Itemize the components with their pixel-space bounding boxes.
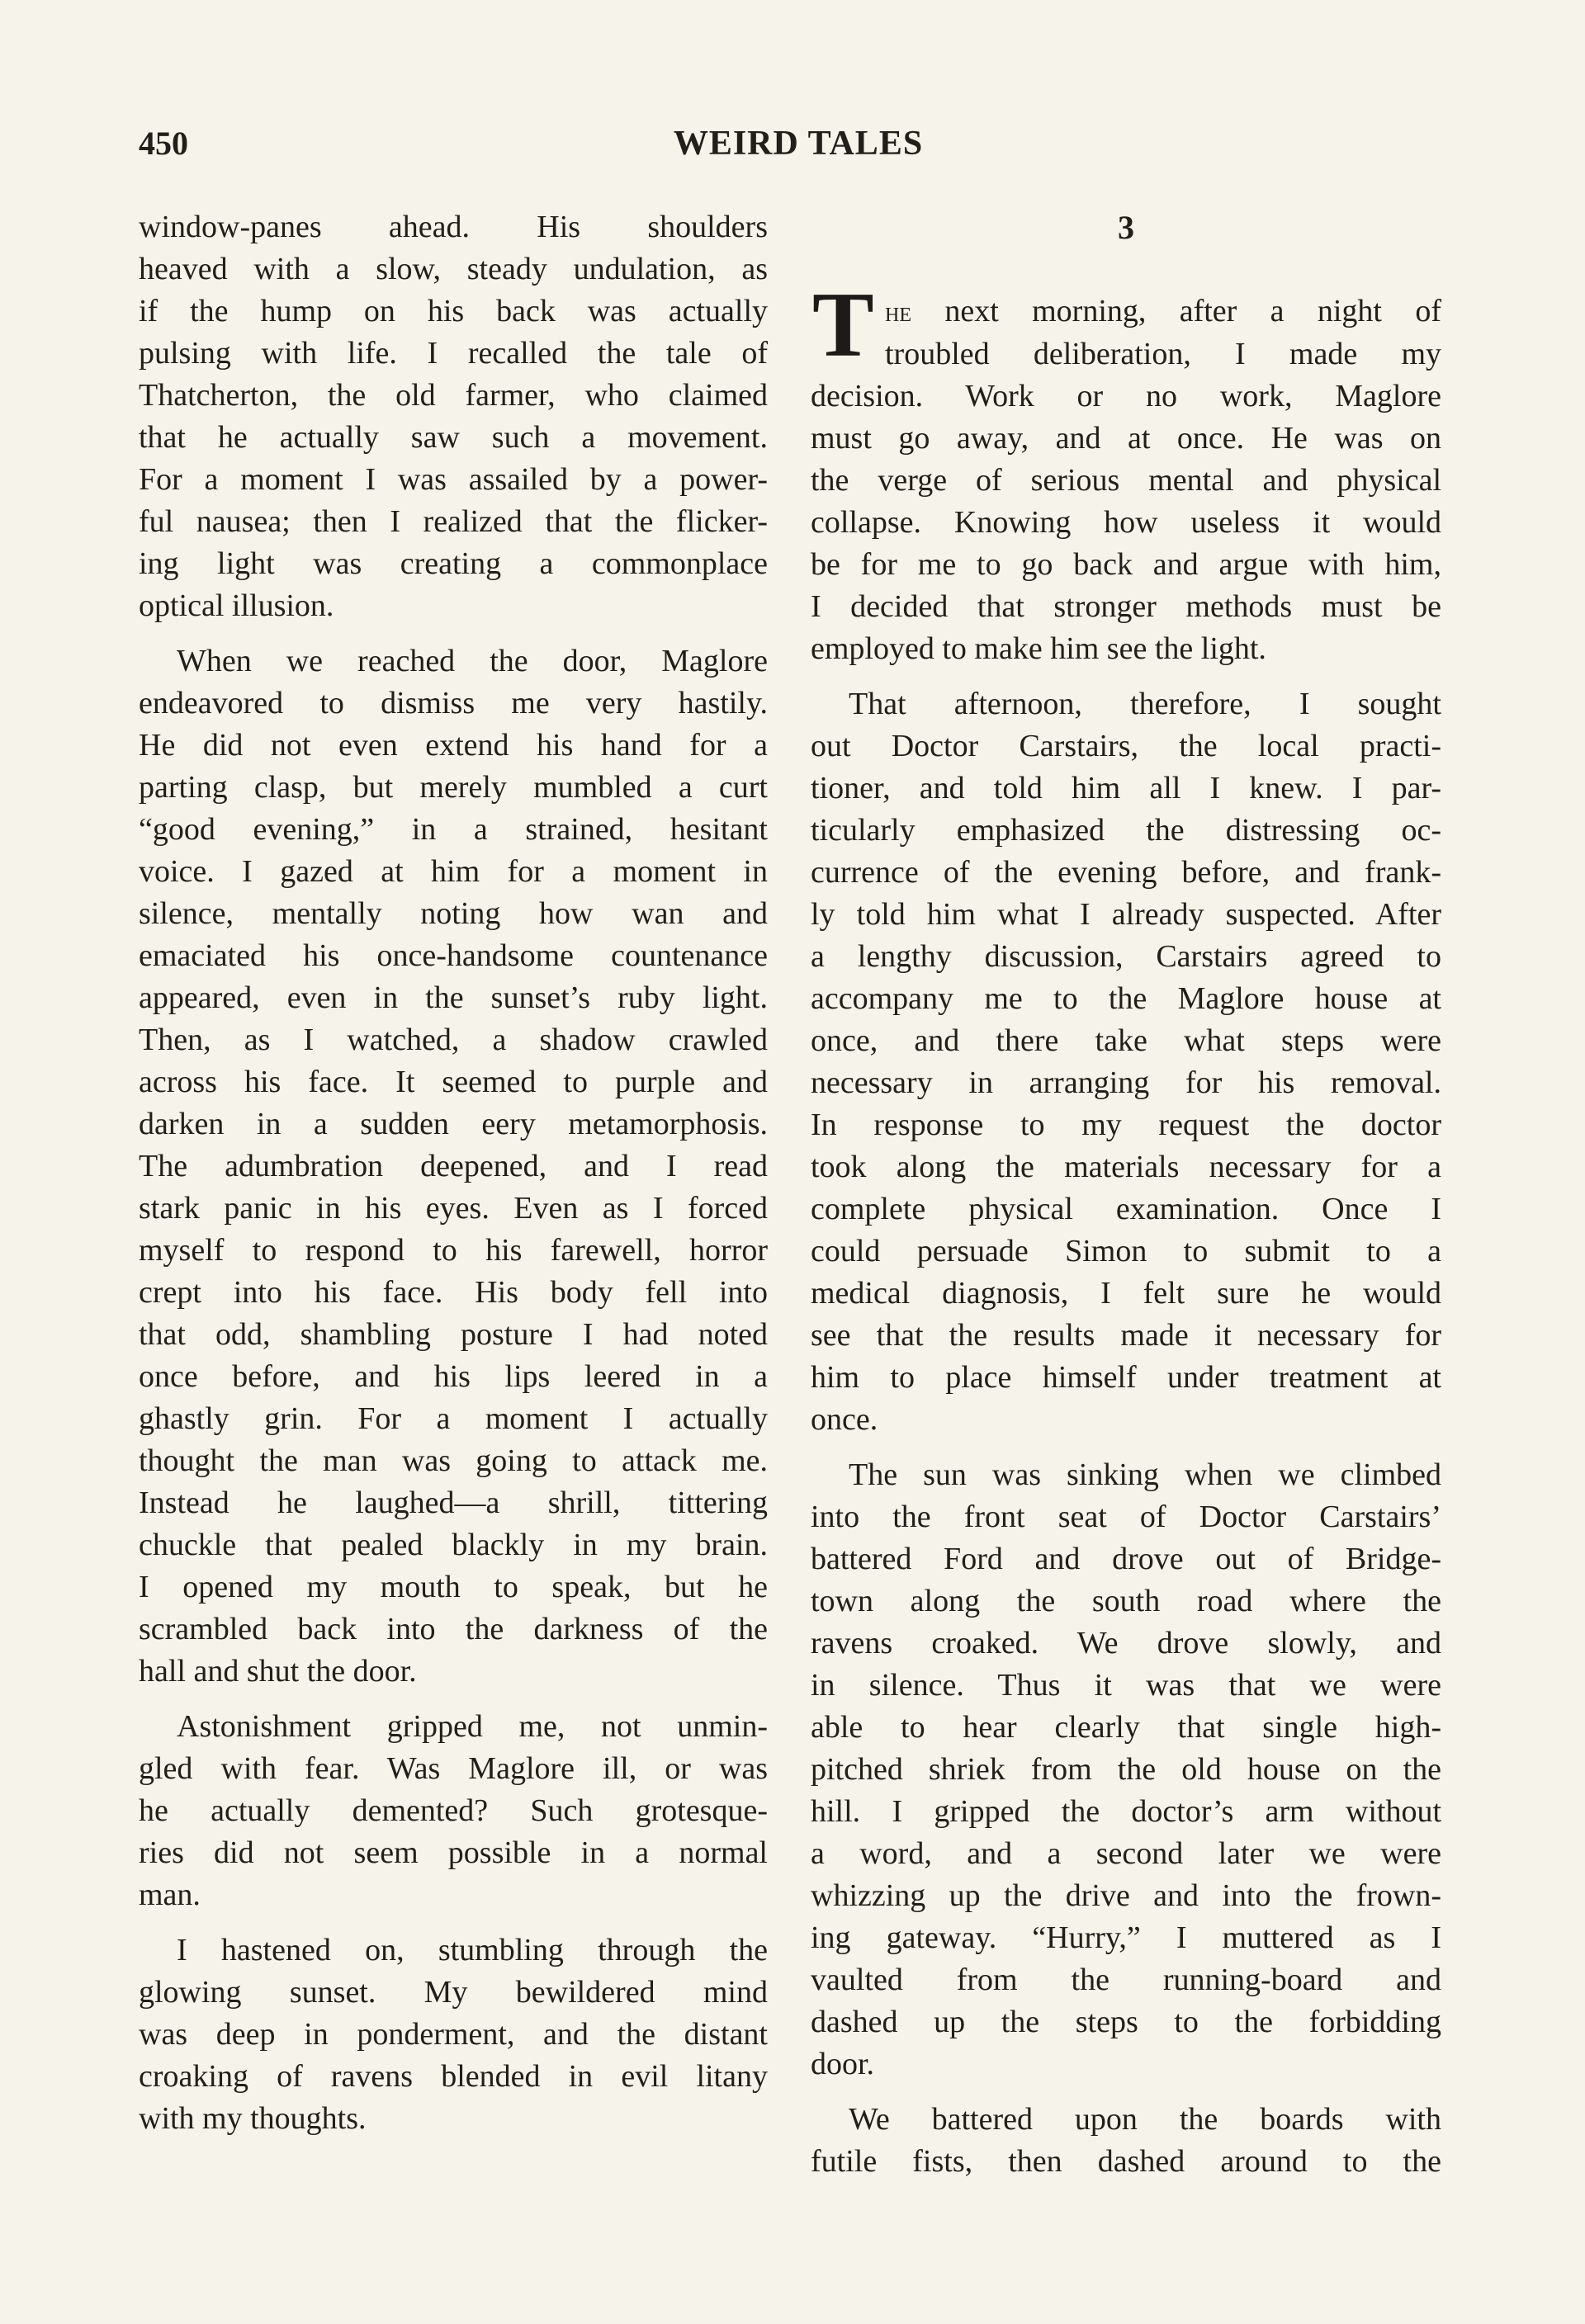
small-caps-lead: he [885, 297, 911, 328]
text-line: pitched shriek from the old house on the [811, 1749, 1441, 1791]
text-line: voice. I gazed at him for a moment in [139, 851, 768, 893]
text-line-rest: next morning, after a night of [911, 294, 1441, 328]
text-line: heaved with a slow, steady undulation, a… [139, 248, 768, 290]
page-header: 450 WEIRD TALES [139, 124, 1441, 165]
text-line: medical diagnosis, I felt sure he would [811, 1273, 1441, 1315]
text-line: man. [139, 1874, 768, 1916]
text-line: optical illusion. [139, 585, 768, 627]
text-line: thought the man was going to attack me. [139, 1440, 768, 1482]
text-line: complete physical examination. Once I [811, 1188, 1441, 1230]
left-column: window-panes ahead. His shouldersheaved … [139, 206, 768, 2153]
text-line: That afternoon, therefore, I sought [811, 683, 1441, 725]
right-column: 3 The next morning, after a night oftrou… [811, 206, 1441, 2196]
text-line: that odd, shambling posture I had noted [139, 1314, 768, 1356]
text-line: vaulted from the running-board and [811, 1959, 1441, 2001]
text-line: he next morning, after a night of [811, 290, 1441, 333]
text-line: futile fists, then dashed around to the [811, 2141, 1441, 2183]
paragraph: The sun was sinking when we climbedinto … [811, 1454, 1441, 2085]
text-line: could persuade Simon to submit to a [811, 1230, 1441, 1273]
text-line: crept into his face. His body fell into [139, 1272, 768, 1314]
text-line: parting clasp, but merely mumbled a curt [139, 767, 768, 809]
text-line: currence of the evening before, and fran… [811, 852, 1441, 894]
text-line: accompany me to the Maglore house at [811, 978, 1441, 1020]
text-line: darken in a sudden eery metamorphosis. [139, 1103, 768, 1145]
paragraph: I hastened on, stumbling through theglow… [139, 1930, 768, 2140]
text-line: hill. I gripped the doctor’s arm without [811, 1791, 1441, 1833]
text-line: door. [811, 2043, 1441, 2085]
text-line: tioner, and told him all I knew. I par- [811, 768, 1441, 810]
text-line: silence, mentally noting how wan and [139, 893, 768, 935]
text-line: out Doctor Carstairs, the local practi- [811, 725, 1441, 768]
text-line: ly told him what I already suspected. Af… [811, 894, 1441, 936]
paragraph: window-panes ahead. His shouldersheaved … [139, 206, 768, 627]
text-line: whizzing up the drive and into the frown… [811, 1875, 1441, 1917]
text-line: ticularly emphasized the distressing oc- [811, 810, 1441, 852]
text-line: We battered upon the boards with [811, 2099, 1441, 2141]
text-line: dashed up the steps to the forbidding [811, 2001, 1441, 2043]
paragraph: When we reached the door, Magloreendeavo… [139, 640, 768, 1693]
text-line: myself to respond to his farewell, horro… [139, 1230, 768, 1272]
text-line: stark panic in his eyes. Even as I force… [139, 1188, 768, 1230]
text-line: was deep in ponderment, and the distant [139, 2014, 768, 2056]
text-line: if the hump on his back was actually [139, 290, 768, 333]
text-line: appeared, even in the sunset’s ruby ligh… [139, 977, 768, 1019]
text-line: chuckle that pealed blackly in my brain. [139, 1524, 768, 1566]
text-line: ravens croaked. We drove slowly, and [811, 1623, 1441, 1665]
text-line: troubled deliberation, I made my [811, 333, 1441, 376]
text-line: he actually demented? Such grotesque- [139, 1790, 768, 1832]
text-line: endeavored to dismiss me very hastily. [139, 683, 768, 725]
text-line: took along the materials necessary for a [811, 1146, 1441, 1188]
text-line: When we reached the door, Maglore [139, 640, 768, 683]
text-line: The sun was sinking when we climbed [811, 1454, 1441, 1496]
text-line: I hastened on, stumbling through the [139, 1930, 768, 1972]
text-line: He did not even extend his hand for a [139, 725, 768, 767]
text-line: pulsing with life. I recalled the tale o… [139, 333, 768, 375]
text-line: once, and there take what steps were [811, 1020, 1441, 1062]
text-line: window-panes ahead. His shoulders [139, 206, 768, 248]
text-line: In response to my request the doctor [811, 1104, 1441, 1146]
text-line: town along the south road where the [811, 1580, 1441, 1623]
text-line: “good evening,” in a strained, hesitant [139, 809, 768, 851]
text-line: For a moment I was assailed by a power- [139, 459, 768, 501]
text-line: be for me to go back and argue with him, [811, 544, 1441, 586]
running-title: WEIRD TALES [139, 124, 1441, 163]
text-line: decision. Work or no work, Maglore [811, 376, 1441, 418]
text-line: across his face. It seemed to purple and [139, 1061, 768, 1103]
text-line: hall and shut the door. [139, 1651, 768, 1693]
text-line: him to place himself under treatment at [811, 1357, 1441, 1399]
text-line: gled with fear. Was Maglore ill, or was [139, 1748, 768, 1790]
right-column-body: The next morning, after a night oftroubl… [811, 290, 1441, 2183]
text-line: scrambled back into the darkness of the [139, 1608, 768, 1651]
text-line: employed to make him see the light. [811, 628, 1441, 670]
text-line: once. [811, 1399, 1441, 1441]
text-line: croaking of ravens blended in evil litan… [139, 2056, 768, 2098]
text-line: emaciated his once-handsome countenance [139, 935, 768, 977]
text-line: into the front seat of Doctor Carstairs’ [811, 1496, 1441, 1538]
text-line: that he actually saw such a movement. [139, 417, 768, 459]
text-line: Instead he laughed—a shrill, tittering [139, 1482, 768, 1524]
text-line: Astonishment gripped me, not unmin- [139, 1706, 768, 1748]
text-line: ries did not seem possible in a normal [139, 1832, 768, 1874]
text-line: see that the results made it necessary f… [811, 1315, 1441, 1357]
paragraph: The next morning, after a night oftroubl… [811, 290, 1441, 670]
text-line: glowing sunset. My bewildered mind [139, 1972, 768, 2014]
text-line: ful nausea; then I realized that the fli… [139, 501, 768, 543]
text-line: with my thoughts. [139, 2098, 768, 2140]
text-line: able to hear clearly that single high- [811, 1707, 1441, 1749]
text-line: in silence. Thus it was that we were [811, 1665, 1441, 1707]
text-line: the verge of serious mental and physical [811, 460, 1441, 502]
text-line: Thatcherton, the old farmer, who claimed [139, 375, 768, 417]
text-line: battered Ford and drove out of Bridge- [811, 1538, 1441, 1580]
text-line: ghastly grin. For a moment I actually [139, 1398, 768, 1440]
text-line: a word, and a second later we were [811, 1833, 1441, 1875]
paragraph: That afternoon, therefore, I soughtout D… [811, 683, 1441, 1441]
text-line: The adumbration deepened, and I read [139, 1145, 768, 1188]
text-line: ing light was creating a commonplace [139, 543, 768, 585]
text-line: I opened my mouth to speak, but he [139, 1566, 768, 1608]
text-line: collapse. Knowing how useless it would [811, 502, 1441, 544]
text-line: ing gateway. “Hurry,” I muttered as I [811, 1917, 1441, 1959]
paragraph: Astonishment gripped me, not unmin-gled … [139, 1706, 768, 1916]
drop-cap: T [812, 284, 874, 366]
text-line: must go away, and at once. He was on [811, 418, 1441, 460]
text-line: Then, as I watched, a shadow crawled [139, 1019, 768, 1061]
text-line: necessary in arranging for his removal. [811, 1062, 1441, 1104]
text-line: a lengthy discussion, Carstairs agreed t… [811, 936, 1441, 978]
section-number: 3 [811, 206, 1441, 248]
text-line: I decided that stronger methods must be [811, 586, 1441, 628]
text-line: once before, and his lips leered in a [139, 1356, 768, 1398]
paragraph: We battered upon the boards withfutile f… [811, 2099, 1441, 2183]
